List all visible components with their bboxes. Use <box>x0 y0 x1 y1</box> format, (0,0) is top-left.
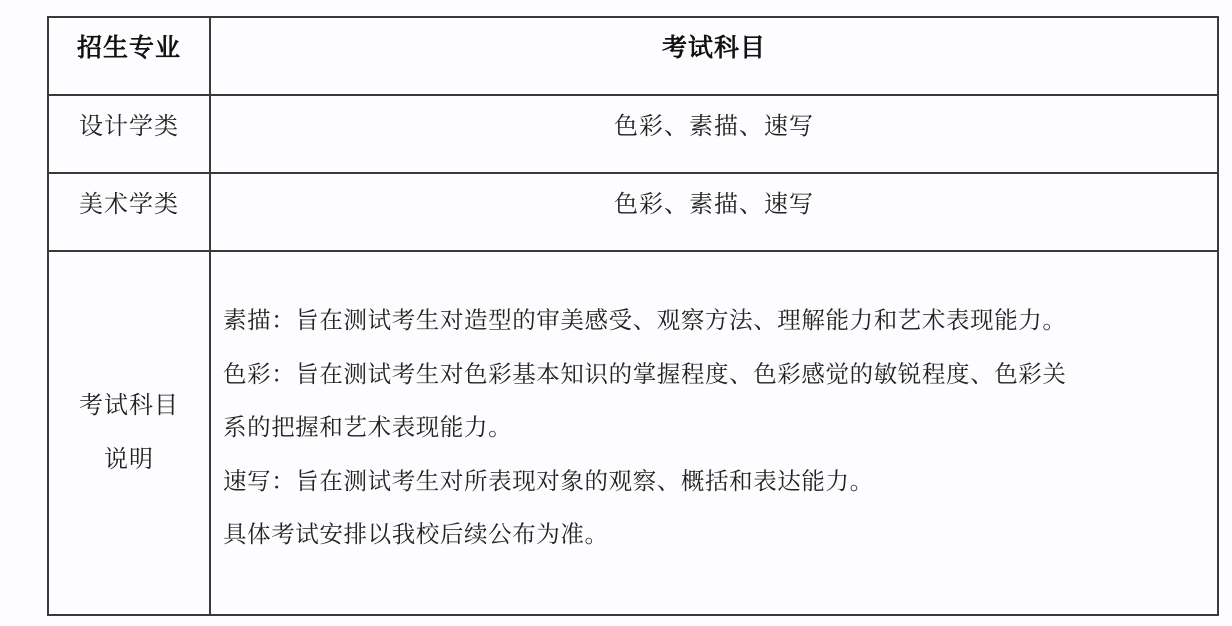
table-header-row: 招生专业 考试科目 <box>49 18 1217 96</box>
header-major-label: 招生专业 <box>49 30 209 66</box>
note-quick-sketch: 速写：旨在测试考生对所表现对象的观察、概括和表达能力。 <box>223 455 1211 509</box>
subjects-list: 色彩、素描、速写 <box>211 108 1217 144</box>
notes-content-cell: 素描：旨在测试考生对造型的审美感受、观察方法、理解能力和艺术表现能力。 色彩：旨… <box>211 252 1217 614</box>
major-name: 设计学类 <box>49 108 209 144</box>
subjects-cell: 色彩、素描、速写 <box>211 96 1217 172</box>
notes-label: 考试科目 说明 <box>49 378 209 486</box>
major-cell: 美术学类 <box>49 174 211 250</box>
note-schedule: 具体考试安排以我校后续公布为准。 <box>223 508 1211 562</box>
notes-label-line2: 说明 <box>49 432 209 486</box>
note-color-cont: 系的把握和艺术表现能力。 <box>223 401 1211 455</box>
notes-label-cell: 考试科目 说明 <box>49 252 211 614</box>
major-cell: 设计学类 <box>49 96 211 172</box>
exam-subjects-table: 招生专业 考试科目 设计学类 色彩、素描、速写 美术学类 色彩、素描、速写 考试… <box>47 16 1219 616</box>
subjects-list: 色彩、素描、速写 <box>211 186 1217 222</box>
header-cell-major: 招生专业 <box>49 18 211 94</box>
header-cell-subjects: 考试科目 <box>211 18 1217 94</box>
notes-content: 素描：旨在测试考生对造型的审美感受、观察方法、理解能力和艺术表现能力。 色彩：旨… <box>223 294 1211 562</box>
major-name: 美术学类 <box>49 186 209 222</box>
notes-row: 考试科目 说明 素描：旨在测试考生对造型的审美感受、观察方法、理解能力和艺术表现… <box>49 252 1217 614</box>
note-color: 色彩：旨在测试考生对色彩基本知识的掌握程度、色彩感觉的敏锐程度、色彩关 <box>223 348 1211 402</box>
note-sketch: 素描：旨在测试考生对造型的审美感受、观察方法、理解能力和艺术表现能力。 <box>223 294 1211 348</box>
table-row: 美术学类 色彩、素描、速写 <box>49 174 1217 252</box>
notes-label-line1: 考试科目 <box>49 378 209 432</box>
table-row: 设计学类 色彩、素描、速写 <box>49 96 1217 174</box>
header-subjects-label: 考试科目 <box>211 30 1217 66</box>
subjects-cell: 色彩、素描、速写 <box>211 174 1217 250</box>
